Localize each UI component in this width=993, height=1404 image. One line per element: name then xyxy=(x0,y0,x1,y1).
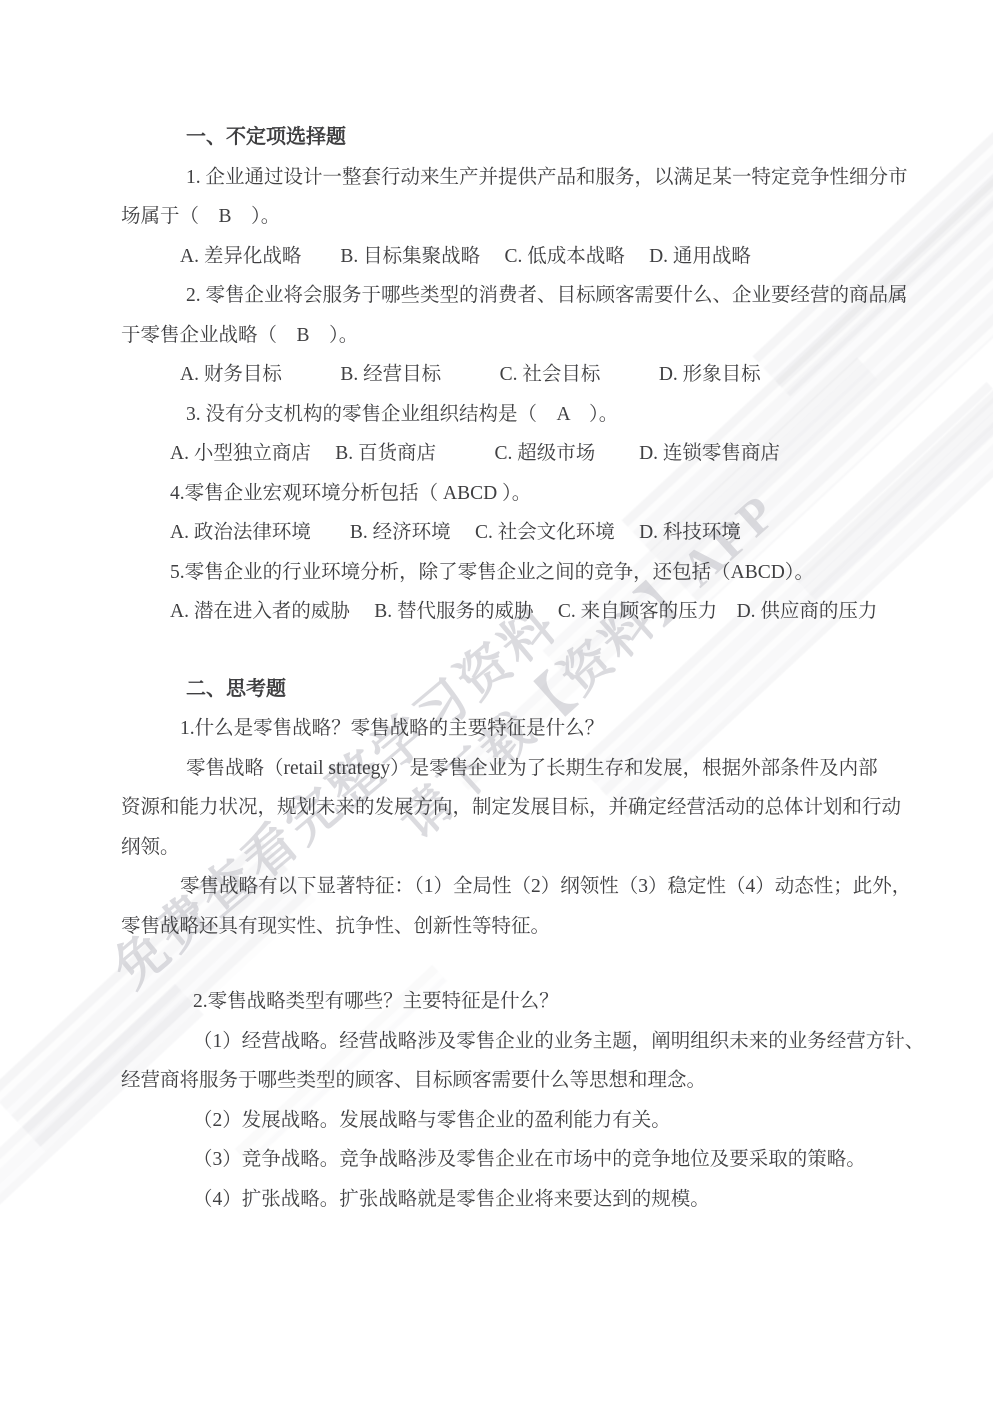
text-line: （3）竞争战略。竞争战略涉及零售企业在市场中的竞争地位及要采取的策略。 xyxy=(121,1140,931,1180)
content-area: 一、不定项选择题1. 企业通过设计一整套行动来生产并提供产品和服务，以满足某一特… xyxy=(121,118,931,1219)
text-line: （1）经营战略。经营战略涉及零售企业的业务主题，阐明组织未来的业务经营方针、 xyxy=(121,1022,931,1062)
text-line: 纲领。 xyxy=(121,828,931,868)
text-line: 二、思考题 xyxy=(121,670,931,710)
text-line: A. 政治法律环境 B. 经济环境 C. 社会文化环境 D. 科技环境 xyxy=(121,513,931,553)
text-line: A. 潜在进入者的威胁 B. 替代服务的威胁 C. 来自顾客的压力 D. 供应商… xyxy=(121,592,931,632)
text-line: 于零售企业战略（ B ）。 xyxy=(121,316,931,356)
text-line: 经营商将服务于哪些类型的顾客、目标顾客需要什么等思想和理念。 xyxy=(121,1061,931,1101)
text-line: 5.零售企业的行业环境分析，除了零售企业之间的竞争，还包括（ABCD）。 xyxy=(121,553,931,593)
text-line: 零售战略还具有现实性、抗争性、创新性等特征。 xyxy=(121,907,931,947)
text-line: 零售战略有以下显著特征：（1）全局性（2）纲领性（3）稳定性（4）动态性；此外， xyxy=(121,867,931,907)
text-line: 资源和能力状况，规划未来的发展方向，制定发展目标，并确定经营活动的总体计划和行动 xyxy=(121,788,931,828)
text-line: A. 小型独立商店 B. 百货商店 C. 超级市场 D. 连锁零售商店 xyxy=(121,434,931,474)
text-line: 1. 企业通过设计一整套行动来生产并提供产品和服务，以满足某一特定竞争性细分市 xyxy=(121,158,931,198)
text-line: 场属于（ B ）。 xyxy=(121,197,931,237)
text-line: 4.零售企业宏观环境分析包括（ ABCD ）。 xyxy=(121,474,931,514)
text-line: 3. 没有分支机构的零售企业组织结构是（ A ）。 xyxy=(121,395,931,435)
text-line: 零售战略（retail strategy）是零售企业为了长期生存和发展，根据外部… xyxy=(121,749,931,789)
text-line: （2）发展战略。发展战略与零售企业的盈利能力有关。 xyxy=(121,1101,931,1141)
text-line: 2.零售战略类型有哪些？主要特征是什么？ xyxy=(121,982,931,1022)
text-line: 一、不定项选择题 xyxy=(121,118,931,158)
text-line: 1.什么是零售战略？零售战略的主要特征是什么？ xyxy=(121,709,931,749)
document-page: 免费查看完整学习资料 请下载【资料】APP 一、不定项选择题1. 企业通过设计一… xyxy=(0,0,993,1404)
text-line: 2. 零售企业将会服务于哪些类型的消费者、目标顾客需要什么、企业要经营的商品属 xyxy=(121,276,931,316)
text-line: A. 差异化战略 B. 目标集聚战略 C. 低成本战略 D. 通用战略 xyxy=(121,237,931,277)
text-line: （4）扩张战略。扩张战略就是零售企业将来要达到的规模。 xyxy=(121,1180,931,1220)
text-line: A. 财务目标 B. 经营目标 C. 社会目标 D. 形象目标 xyxy=(121,355,931,395)
